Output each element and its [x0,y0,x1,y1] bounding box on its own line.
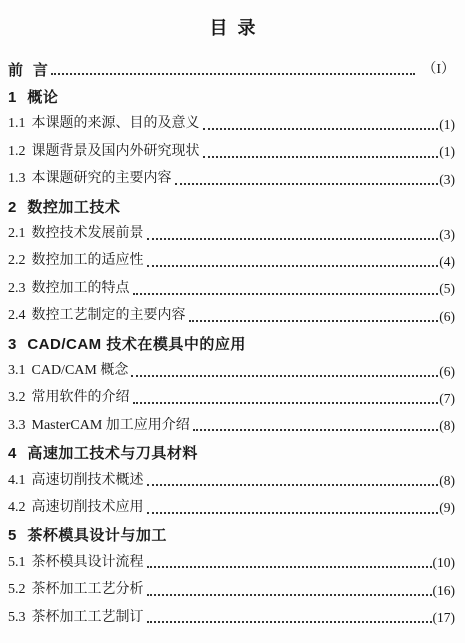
page-number: (17) [433,611,456,626]
toc-chapter: 1概论 [8,78,455,105]
entry-title: 茶杯加工工艺制订 [32,611,144,627]
dot-leader [131,375,438,377]
page-number: (3) [439,228,455,243]
entry-title: 茶杯模具设计流程 [32,556,144,572]
toc-chapter: 3CAD/CAM 技术在模具中的应用 [8,325,455,352]
toc-chapter: 2数控加工技术 [8,188,455,215]
dot-leader [189,320,439,322]
entry-number: 3.1 [8,364,26,380]
dot-leader [175,183,439,185]
page-number: (8) [439,474,455,489]
page-number: (8) [439,419,455,434]
dot-leader [203,156,439,158]
dot-leader [147,484,439,486]
toc-entry: 4.1高速切削技术概述(8) [8,462,455,489]
toc-entry: 2.2数控加工的适应性(4) [8,243,455,270]
entry-number: 4 [8,446,16,462]
entry-number: 3.3 [8,419,26,435]
toc-entry: 5.1茶杯模具设计流程(10) [8,544,455,571]
entry-number: 2.1 [8,227,26,243]
dot-leader [147,566,432,568]
entry-number: 5.2 [8,583,26,599]
dot-leader [203,128,439,130]
page-number: (1) [439,118,455,133]
page-number: (3) [439,173,455,188]
entry-title: 数控加工的特点 [32,282,130,298]
dot-leader [133,402,439,404]
toc-entry: 5.3茶杯加工工艺制订(17) [8,599,455,626]
entry-title: 茶杯模具设计与加工 [27,528,167,544]
entry-title: 课题背景及国内外研究现状 [32,145,200,161]
entry-number: 5.3 [8,611,26,627]
dot-leader [193,429,438,431]
entry-title: 前 言 [8,63,48,79]
toc-entry: 2.4数控工艺制定的主要内容(6) [8,298,455,325]
dot-leader [147,594,432,596]
dot-leader [133,293,439,295]
entry-number: 3 [8,337,16,353]
entry-number: 2 [8,200,16,216]
entry-number: 2.2 [8,254,26,270]
toc-chapter: 5茶杯模具设计与加工 [8,517,455,544]
entry-number: 1.2 [8,145,26,161]
entry-number: 2.3 [8,282,26,298]
document-page: 目 录 前 言（I）1概论1.1本课题的来源、目的及意义(1)1.2课题背景及国… [0,0,465,643]
page-number: (9) [439,501,455,516]
entry-number: 1 [8,90,16,106]
entry-title: 常用软件的介绍 [32,391,130,407]
dot-leader [51,73,415,75]
entry-title: MasterCAM 加工应用介绍 [32,419,190,435]
page-number: (6) [439,365,455,380]
page-number: (16) [433,584,456,599]
entry-title: 数控加工的适应性 [32,254,144,270]
entry-title: 概论 [27,90,58,106]
toc-entry: 3.3MasterCAM 加工应用介绍(8) [8,407,455,434]
entry-number: 4.1 [8,474,26,490]
page-number: (5) [439,282,455,297]
entry-title: CAD/CAM 技术在模具中的应用 [27,337,246,353]
toc-entry: 3.2常用软件的介绍(7) [8,380,455,407]
toc-chapter: 4高速加工技术与刀具材料 [8,434,455,461]
entry-number: 3.2 [8,391,26,407]
toc-entry: 2.3数控加工的特点(5) [8,270,455,297]
page-number: (10) [433,556,456,571]
entry-title: 数控技术发展前景 [32,227,144,243]
entry-title: 高速加工技术与刀具材料 [27,446,198,462]
page-number: (4) [439,255,455,270]
toc-entry: 4.2高速切削技术应用(9) [8,489,455,516]
entry-number: 2.4 [8,309,26,325]
entry-title: CAD/CAM 概念 [32,364,129,380]
entry-title: 本课题的来源、目的及意义 [32,117,200,133]
dot-leader [147,512,439,514]
toc-entry: 前 言（I） [8,51,455,78]
entry-title: 高速切削技术应用 [32,501,144,517]
entry-number: 5 [8,528,16,544]
toc-entry: 2.1数控技术发展前景(3) [8,215,455,242]
entry-title: 本课题研究的主要内容 [32,172,172,188]
dot-leader [147,238,439,240]
toc-entry: 1.3本课题研究的主要内容(3) [8,161,455,188]
toc-entry: 5.2茶杯加工工艺分析(16) [8,571,455,598]
page-number: （I） [422,63,455,79]
dot-leader [147,265,439,267]
entry-title: 数控加工技术 [27,200,120,216]
toc-entry: 1.2课题背景及国内外研究现状(1) [8,133,455,160]
page-number: (1) [439,145,455,160]
page-number: (6) [439,310,455,325]
entry-title: 茶杯加工工艺分析 [32,583,144,599]
dot-leader [147,621,432,623]
entry-number: 1.3 [8,172,26,188]
toc-entry: 3.1CAD/CAM 概念(6) [8,352,455,379]
entry-number: 5.1 [8,556,26,572]
toc-list: 前 言（I）1概论1.1本课题的来源、目的及意义(1)1.2课题背景及国内外研究… [8,51,455,626]
entry-number: 4.2 [8,501,26,517]
page-title: 目 录 [0,0,465,40]
entry-title: 高速切削技术概述 [32,474,144,490]
entry-title: 数控工艺制定的主要内容 [32,309,186,325]
page-number: (7) [439,392,455,407]
entry-number: 1.1 [8,117,26,133]
toc-entry: 1.1本课题的来源、目的及意义(1) [8,106,455,133]
